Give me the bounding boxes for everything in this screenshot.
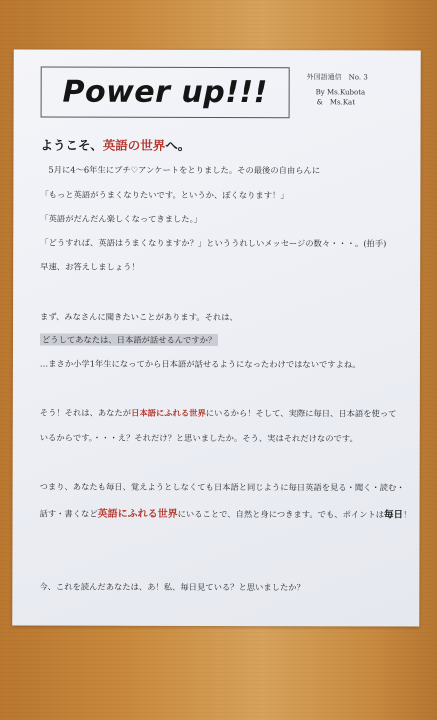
paragraph-line: 「英語がだんだん楽しくなってきました。」	[40, 213, 202, 225]
paragraph-line: そう！それは、あなたが日本語にふれる世界にいるから！そして、実際に毎日、日本語を…	[40, 407, 397, 420]
text-segment: にいることで、自然と身につきます。でも、ポイントは	[178, 509, 384, 520]
paragraph-line: つまり、あなたも毎日、覚えようとしなくても日本語と同じように毎日英語を見る・聞く…	[40, 481, 405, 494]
author-line: By Ms.Kubota	[316, 89, 368, 96]
newsletter-title: Power up!!!	[62, 75, 267, 111]
text-segment: 話す・書くなど	[40, 509, 98, 519]
paragraph-line: 今、これを読んだあなたは、あ！私、毎日見ている？と思いましたか？	[39, 581, 305, 594]
paragraph-line: 「もっと英語がうまくなりたいです。というか、ぼくなります！」	[40, 189, 288, 202]
english-world-highlight: 英語にふれる世界	[98, 509, 178, 520]
title-box: Power up!!!	[41, 67, 290, 119]
paragraph-line: …まさか小学1年生になってから日本語が話せるようになったわけではないですよね。	[40, 358, 361, 371]
paragraph-line: いるからです。・・・え？それだけ？と思いましたか。そう、実はそれだけなのです。	[40, 432, 358, 445]
paragraph-line: 5月に4～6年生にプチ♡アンケートをとりました。その最後の自由らんに	[48, 164, 320, 177]
heading-highlight: 英語の世界	[103, 138, 166, 153]
paragraph-line: まず、みなさんに聞きたいことがあります。それは、	[40, 311, 238, 324]
highlighted-question: どうしてあなたは、日本語が話せるんですか？	[40, 334, 218, 346]
welcome-heading: ようこそ、英語の世界へ。	[40, 136, 190, 154]
issue-number: 外国語通信 No. 3	[307, 74, 368, 81]
paragraph-line: 話す・書くなど英語にふれる世界にいることで、自然と身につきます。でも、ポイントは…	[40, 505, 412, 521]
newsletter-page: Power up!!! 外国語通信 No. 3 By Ms.Kubota & M…	[12, 49, 421, 626]
everyday-emphasis: 毎日	[384, 509, 403, 520]
heading-pre: ようこそ、	[40, 138, 102, 153]
coauthor-line: & Ms.Kat	[317, 99, 368, 106]
text-segment: そう！それは、あなたが	[40, 408, 131, 418]
paragraph-line: 早速、お答えしましょう！	[40, 261, 140, 273]
japanese-world-highlight: 日本語にふれる世界	[131, 408, 206, 418]
text-segment: にいるから！そして、実際に毎日、日本語を使って	[206, 408, 397, 418]
paragraph-line: 「どうすれば、英語はうまくなりますか？」といううれしいメッセージの数々・・・。(…	[40, 237, 386, 250]
text-segment: ！	[403, 509, 411, 519]
question-highlight: どうしてあなたは、日本語が話せるんですか？	[40, 334, 218, 346]
heading-post: へ。	[165, 138, 190, 153]
masthead: 外国語通信 No. 3 By Ms.Kubota & Ms.Kat	[307, 74, 368, 106]
